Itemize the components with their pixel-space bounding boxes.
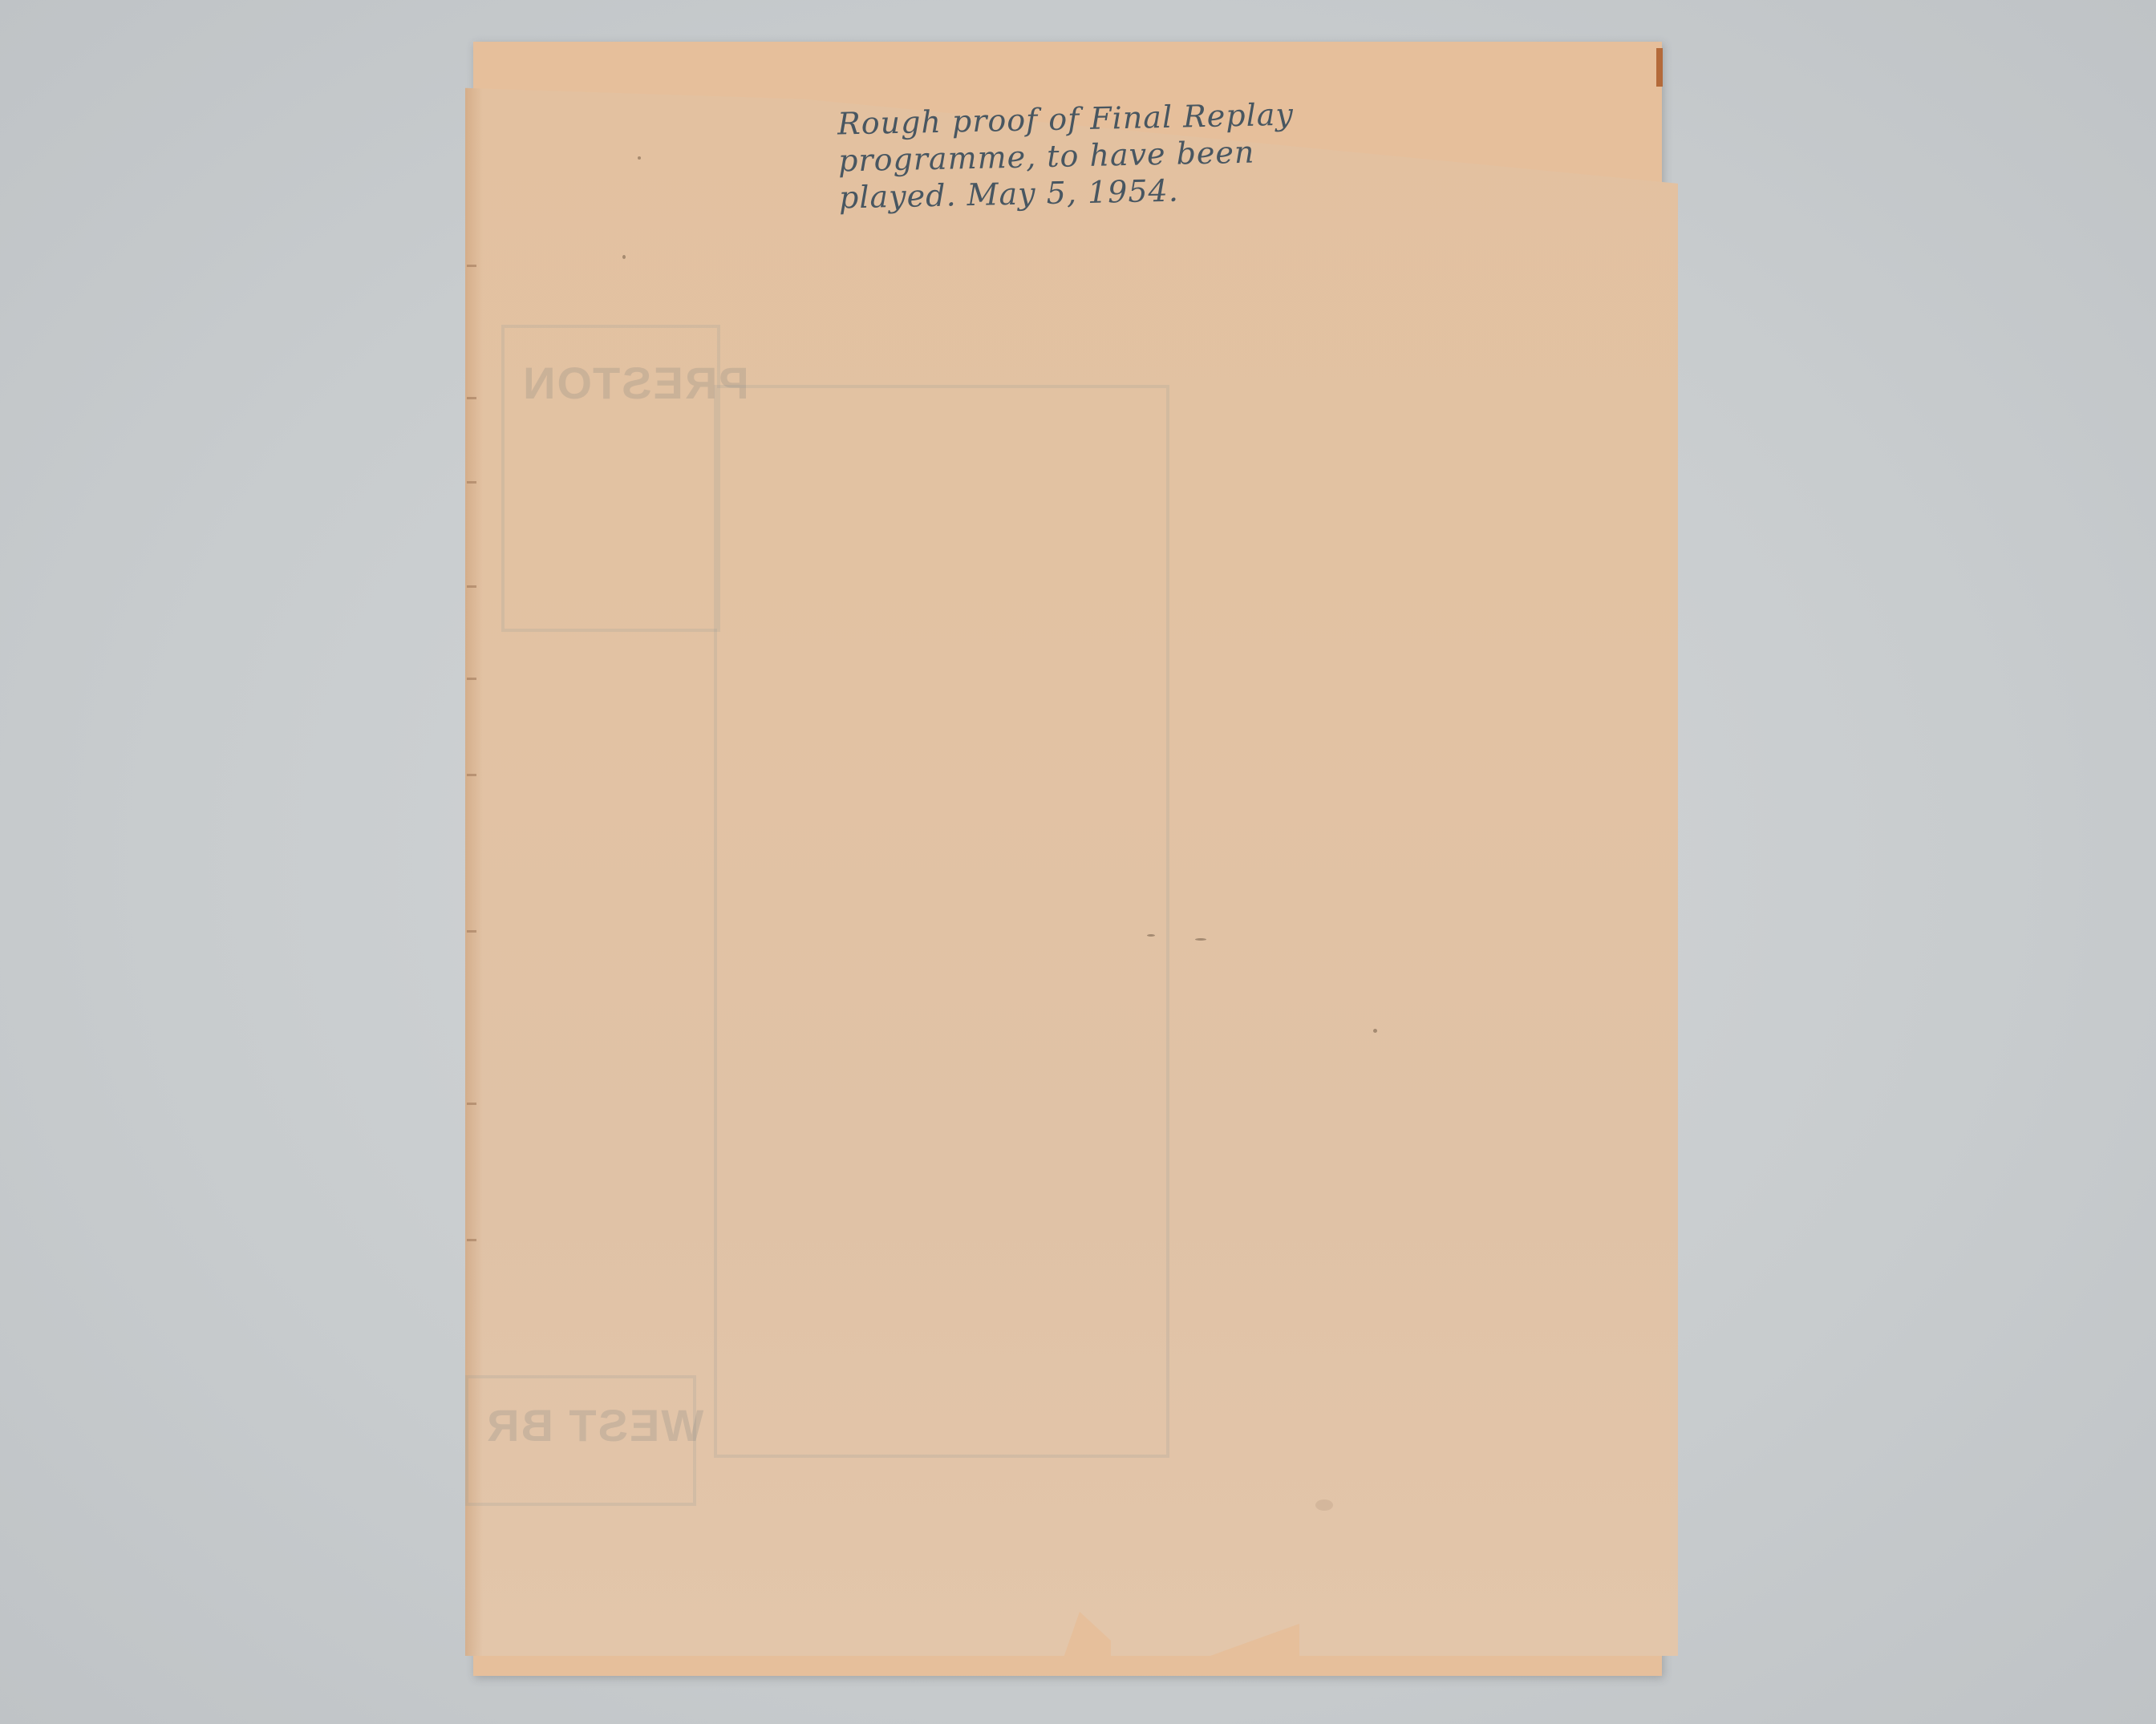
binding-mark [467,397,476,399]
binding-mark [467,1239,476,1241]
show-through-frame-center [714,385,1169,1458]
paper-stain [1315,1499,1333,1511]
paper-speck [638,156,641,160]
handwritten-annotation: Rough proof of Final Replay programme, t… [837,95,1337,217]
binding-mark [467,1103,476,1105]
binding-mark [467,585,476,588]
binding-mark [467,678,476,680]
binding-mark [467,265,476,267]
paper-speck [1373,1029,1377,1033]
paper-speck [1147,934,1155,937]
paper-speck [622,255,626,259]
binding-mark [467,774,476,776]
binding-mark [467,930,476,933]
back-sheet-edge-strip [1656,48,1663,87]
show-through-text-bottom: WEST BR [485,1399,703,1451]
binding-mark [467,481,476,484]
paper-speck [1195,938,1206,941]
